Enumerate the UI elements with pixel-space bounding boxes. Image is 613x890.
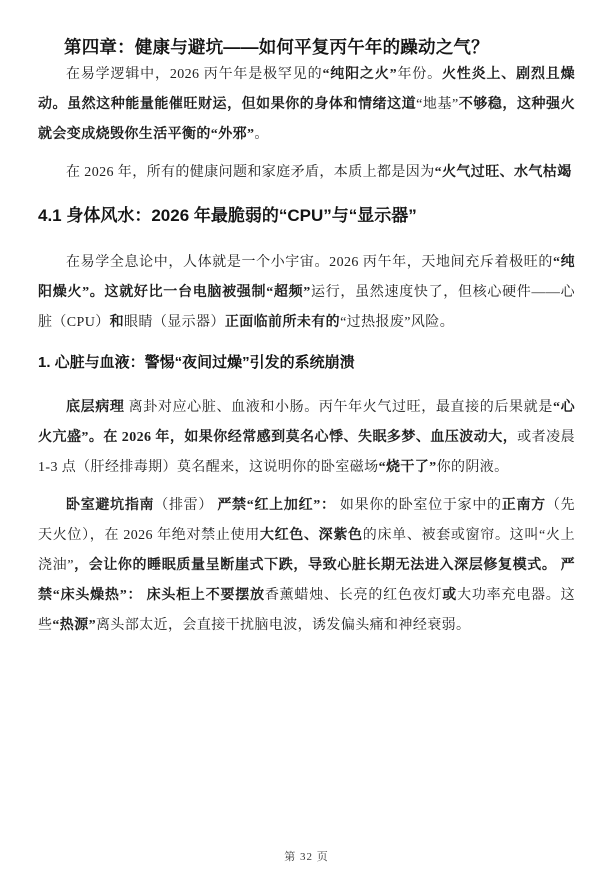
- bold-text-run: 严禁“红上加红”：: [217, 498, 335, 513]
- text-run: “过热报废”风险。: [340, 315, 454, 330]
- text-run: 在易学逻辑中，2026 丙午年是极罕见的: [66, 67, 322, 82]
- subsection-heading-heart-blood: 1. 心脏与血液：警惕“夜间过燥”引发的系统崩溃: [38, 352, 575, 374]
- text-run: 年份。: [397, 67, 442, 82]
- text-run: 你的阴液。: [437, 460, 509, 475]
- page-number: 第 32 页: [284, 851, 329, 863]
- paragraph-bedroom-guide: 卧室避坑指南（排雷） 严禁“红上加红”： 如果你的卧室位于家中的正南方（先天火位…: [38, 491, 575, 641]
- bold-text-run: 正南方: [502, 498, 546, 513]
- bold-text-run: “烧干了”: [379, 460, 437, 475]
- text-run: 在易学全息论中，人体就是一个小宇宙。2026 丙午年，天地间充斥着极旺的: [66, 255, 553, 270]
- paragraph-pathology: 底层病理 离卦对应心脏、血液和小肠。丙午年火气过旺，最直接的后果就是“心火亢盛”…: [38, 393, 575, 483]
- bold-text-run: 卧室避坑指南: [66, 498, 154, 513]
- bold-text-run: 或: [442, 588, 457, 603]
- document-page: 第四章：健康与避坑——如何平复丙午年的躁动之气？ 在易学逻辑中，2026 丙午年…: [0, 0, 613, 890]
- text-run: 离头部太近，会直接干扰脑电波，诱发偏头痛和神经衰弱。: [96, 618, 470, 633]
- text-run: 。: [254, 127, 268, 142]
- chapter-title: 第四章：健康与避坑——如何平复丙午年的躁动之气？: [64, 36, 575, 58]
- bold-text-run: “热源”: [52, 618, 96, 633]
- text-run: 离卦对应心脏、血液和小肠。丙午年火气过旺，最直接的后果就是: [125, 400, 553, 415]
- bold-text-run: “纯阳之火”: [322, 67, 397, 82]
- section-heading-4-1: 4.1 身体风水：2026 年最脆弱的“CPU”与“显示器”: [38, 204, 575, 228]
- bold-text-run: 底层病理: [66, 400, 125, 415]
- text-run: 眼睛（显示器）: [124, 315, 225, 330]
- paragraph-body-fengshui: 在易学全息论中，人体就是一个小宇宙。2026 丙午年，天地间充斥着极旺的“纯阳燥…: [38, 248, 575, 338]
- bold-text-run: “火气过旺、水气枯竭: [435, 165, 572, 180]
- text-run: 如果你的卧室位于家中的: [336, 498, 502, 513]
- paragraph-summary: 在 2026 年，所有的健康问题和家庭矛盾，本质上都是因为“火气过旺、水气枯竭: [38, 158, 575, 188]
- paragraph-intro: 在易学逻辑中，2026 丙午年是极罕见的“纯阳之火”年份。火性炎上、剧烈且燥动。…: [38, 60, 575, 150]
- text-run: 香薰蜡烛、长亮的红色夜灯: [265, 588, 442, 603]
- text-run: （排雷）: [154, 498, 217, 513]
- bold-text-run: 和: [110, 315, 124, 330]
- text-run: 在 2026 年，所有的健康问题和家庭矛盾，本质上都是因为: [66, 165, 435, 180]
- page-footer: 第 32 页: [0, 848, 613, 864]
- bold-text-run: 正面临前所未有的: [225, 315, 340, 330]
- text-run: “地基”: [416, 97, 458, 112]
- bold-text-run: 大红色、深紫色: [260, 528, 363, 543]
